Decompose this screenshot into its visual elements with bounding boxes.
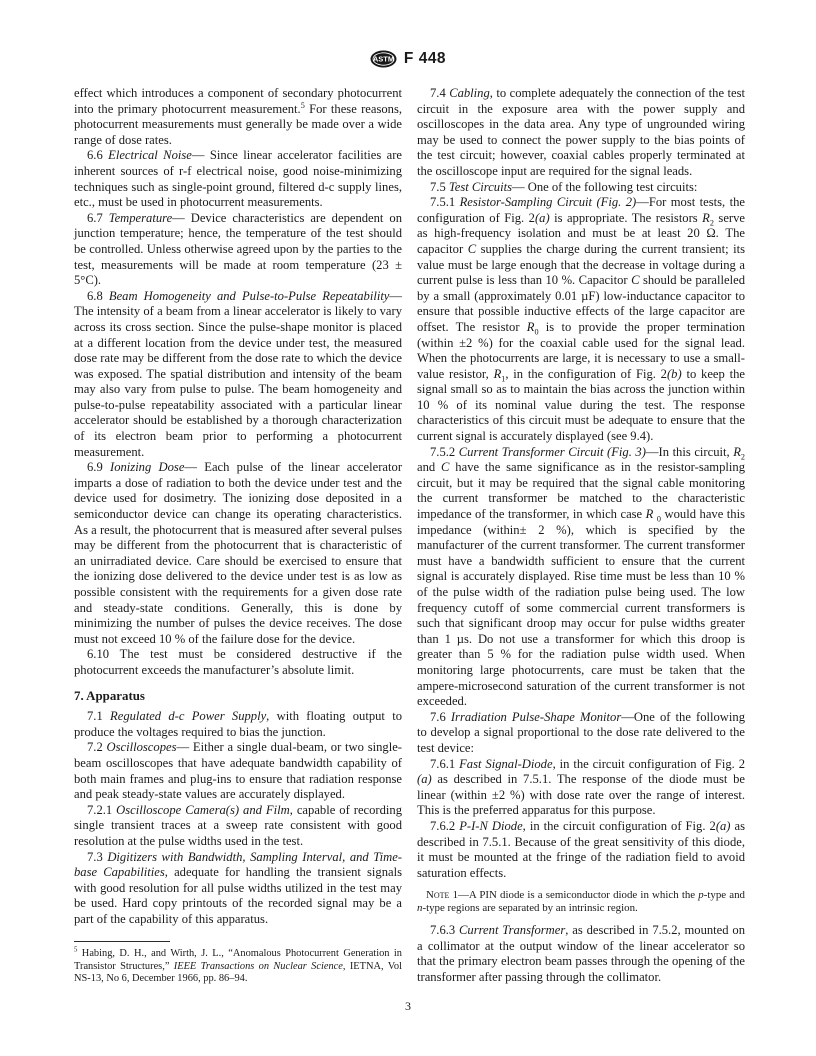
- heading-7-apparatus: 7. Apparatus: [74, 689, 402, 705]
- para-7-5-2: 7.5.2 Current Transformer Circuit (Fig. …: [417, 445, 745, 710]
- para-7-6-3: 7.6.3 Current Transformer, as described …: [417, 923, 745, 985]
- astm-logo-icon: ASTM: [370, 50, 397, 68]
- columns-container: effect which introduces a component of s…: [74, 86, 745, 986]
- right-column-text: 7.4 Cabling, to complete adequately the …: [417, 86, 745, 986]
- footnote-block: 5 Habing, D. H., and Wirth, J. L., “Anom…: [74, 948, 402, 985]
- para-7-5: 7.5 Test Circuits— One of the following …: [417, 180, 745, 196]
- para-6-8: 6.8 Beam Homogeneity and Pulse-to-Pulse …: [74, 289, 402, 461]
- astm-logo-text: ASTM: [373, 55, 394, 64]
- para-7-5-1: 7.5.1 Resistor-Sampling Circuit (Fig. 2)…: [417, 195, 745, 445]
- footnote-rule: [74, 941, 170, 942]
- para-6-10: 6.10 The test must be considered destruc…: [74, 647, 402, 678]
- left-column: effect which introduces a component of s…: [74, 86, 402, 986]
- para-7-2-1: 7.2.1 Oscilloscope Camera(s) and Film, c…: [74, 803, 402, 850]
- note-1: Note 1—A PIN diode is a semiconductor di…: [417, 889, 745, 915]
- para-6-9: 6.9 Ionizing Dose— Each pulse of the lin…: [74, 460, 402, 647]
- para-7-1: 7.1 Regulated d-c Power Supply, with flo…: [74, 709, 402, 740]
- para-7-6-2: 7.6.2 P-I-N Diode, in the circuit config…: [417, 819, 745, 881]
- footnote-5: 5 Habing, D. H., and Wirth, J. L., “Anom…: [74, 948, 402, 985]
- para-6-5-continuation: effect which introduces a component of s…: [74, 86, 402, 148]
- para-7-3: 7.3 Digitizers with Bandwidth, Sampling …: [74, 850, 402, 928]
- document-page: ASTM F 448 effect which introduces a com…: [0, 0, 816, 1056]
- para-7-4: 7.4 Cabling, to complete adequately the …: [417, 86, 745, 180]
- doc-code: F 448: [404, 50, 446, 68]
- para-7-2: 7.2 Oscilloscopes— Either a single dual-…: [74, 740, 402, 802]
- page-number: 3: [405, 999, 411, 1013]
- para-7-6: 7.6 Irradiation Pulse-Shape Monitor—One …: [417, 710, 745, 757]
- para-6-6: 6.6 Electrical Noise— Since linear accel…: [74, 148, 402, 210]
- left-column-text: effect which introduces a component of s…: [74, 86, 402, 927]
- para-7-6-1: 7.6.1 Fast Signal-Diode, in the circuit …: [417, 757, 745, 819]
- para-6-7: 6.7 Temperature— Device characteristics …: [74, 211, 402, 289]
- page-header: ASTM F 448: [0, 50, 816, 68]
- right-column: 7.4 Cabling, to complete adequately the …: [417, 86, 745, 986]
- page-footer: 3: [0, 999, 816, 1014]
